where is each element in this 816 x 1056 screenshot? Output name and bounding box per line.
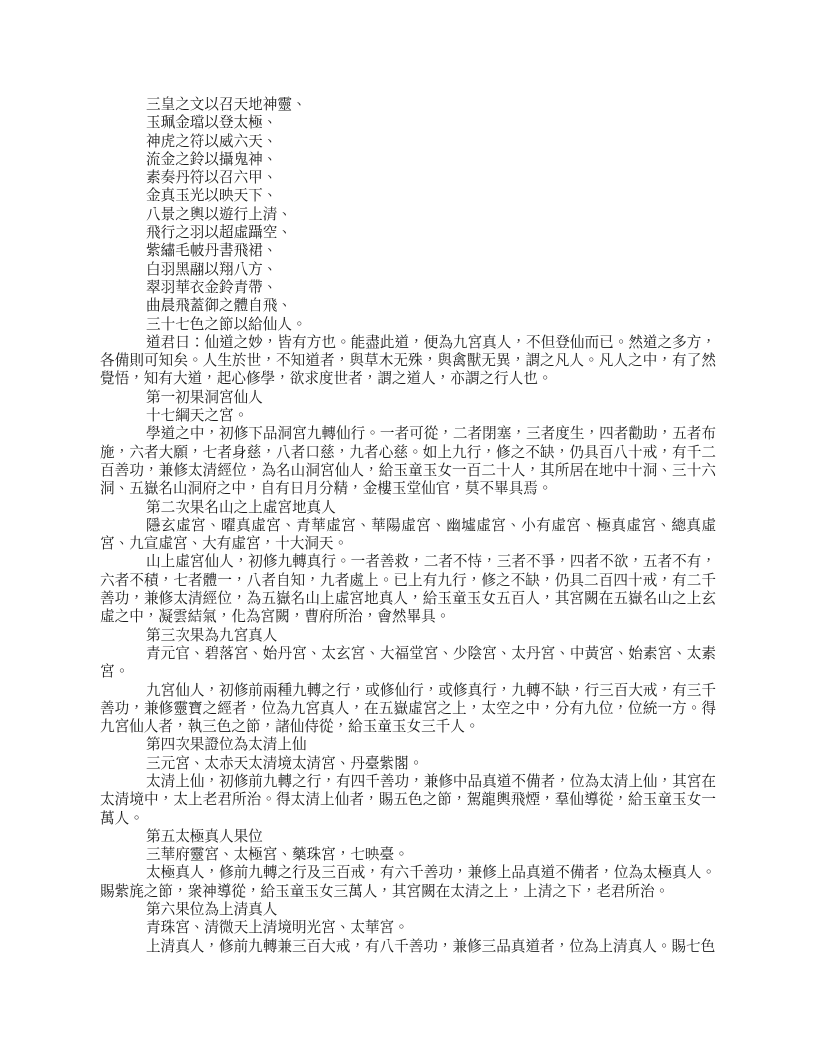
section-heading: 第四次果證位為太清上仙	[100, 736, 716, 754]
verse-line: 白羽黑翮以翔八方、	[100, 261, 716, 279]
prose-paragraph: 上清真人，修前九轉兼三百大戒，有八千善功，兼修三品真道者，位為上清真人。賜七色	[100, 938, 716, 956]
verse-line: 翠羽華衣金鈴青帶、	[100, 279, 716, 297]
section-heading: 第五太極真人果位	[100, 828, 716, 846]
verse-line: 神虎之符以威六天、	[100, 133, 716, 151]
prose-paragraph: 道君曰：仙道之妙，皆有方也。能盡此道，便為九宮真人，不但登仙而已。然道之多方，各…	[100, 334, 716, 389]
verse-line: 玉珮金璫以登太極、	[100, 114, 716, 132]
prose-paragraph: 山上虛宮仙人，初修九轉真行。一者善救，二者不恃，三者不爭，四者不欲，五者不有，六…	[100, 553, 716, 626]
verse-line: 八景之輿以遊行上清、	[100, 206, 716, 224]
verse-line: 流金之鈴以攝鬼神、	[100, 151, 716, 169]
section-heading: 第三次果為九宮真人	[100, 627, 716, 645]
section-heading: 第二次果名山之上虛宮地真人	[100, 499, 716, 517]
verse-line: 飛行之羽以超虛躡空、	[100, 224, 716, 242]
palace-list: 青珠宮、清微天上清境明光宮、太華宮。	[100, 919, 716, 937]
verse-line: 三皇之文以召天地神靈、	[100, 96, 716, 114]
palace-list: 十七綱天之宮。	[100, 407, 716, 425]
palace-list: 青元官、碧落宮、始丹宮、太玄宮、大福堂宮、少陰宮、太丹宮、中黃宮、始素宮、太素宮…	[100, 645, 716, 682]
document-page: 三皇之文以召天地神靈、 玉珮金璫以登太極、 神虎之符以威六天、 流金之鈴以攝鬼神…	[0, 0, 816, 1056]
verse-line: 素奏丹符以召六甲、	[100, 169, 716, 187]
prose-paragraph: 太極真人，修前九轉之行及三百戒，有六千善功，兼修上品真道不備者，位為太極真人。賜…	[100, 864, 716, 901]
verse-line: 紫繡毛帔丹書飛裙、	[100, 242, 716, 260]
section-heading: 第一初果洞宮仙人	[100, 389, 716, 407]
palace-list: 三華府靈宮、太極宮、藥珠宮，七映臺。	[100, 846, 716, 864]
prose-paragraph: 太清上仙，初修前九轉之行，有四千善功，兼修中品真道不備者，位為太清上仙，其宮在太…	[100, 773, 716, 828]
verse-line: 曲晨飛蓋御之體自飛、	[100, 297, 716, 315]
palace-list: 隱玄虛宮、曜真虛宮、青華虛宮、華陽虛宮、幽墟虛宮、小有虛宮、極真虛宮、總真虛宮、…	[100, 517, 716, 554]
palace-list: 三元宮、太赤天太清境太清宮、丹臺紫閣。	[100, 755, 716, 773]
prose-paragraph: 九宮仙人，初修前兩種九轉之行，或修仙行，或修真行，九轉不缺，行三百大戒，有三千善…	[100, 682, 716, 737]
verse-line: 三十七色之節以給仙人。	[100, 316, 716, 334]
prose-paragraph: 學道之中，初修下品洞宮九轉仙行。一者可從，二者閉塞，三者度生，四者勸助，五者布施…	[100, 425, 716, 498]
text-block: 三皇之文以召天地神靈、 玉珮金璫以登太極、 神虎之符以威六天、 流金之鈴以攝鬼神…	[100, 96, 716, 956]
verse-line: 金真玉光以映天下、	[100, 187, 716, 205]
section-heading: 第六果位為上清真人	[100, 901, 716, 919]
